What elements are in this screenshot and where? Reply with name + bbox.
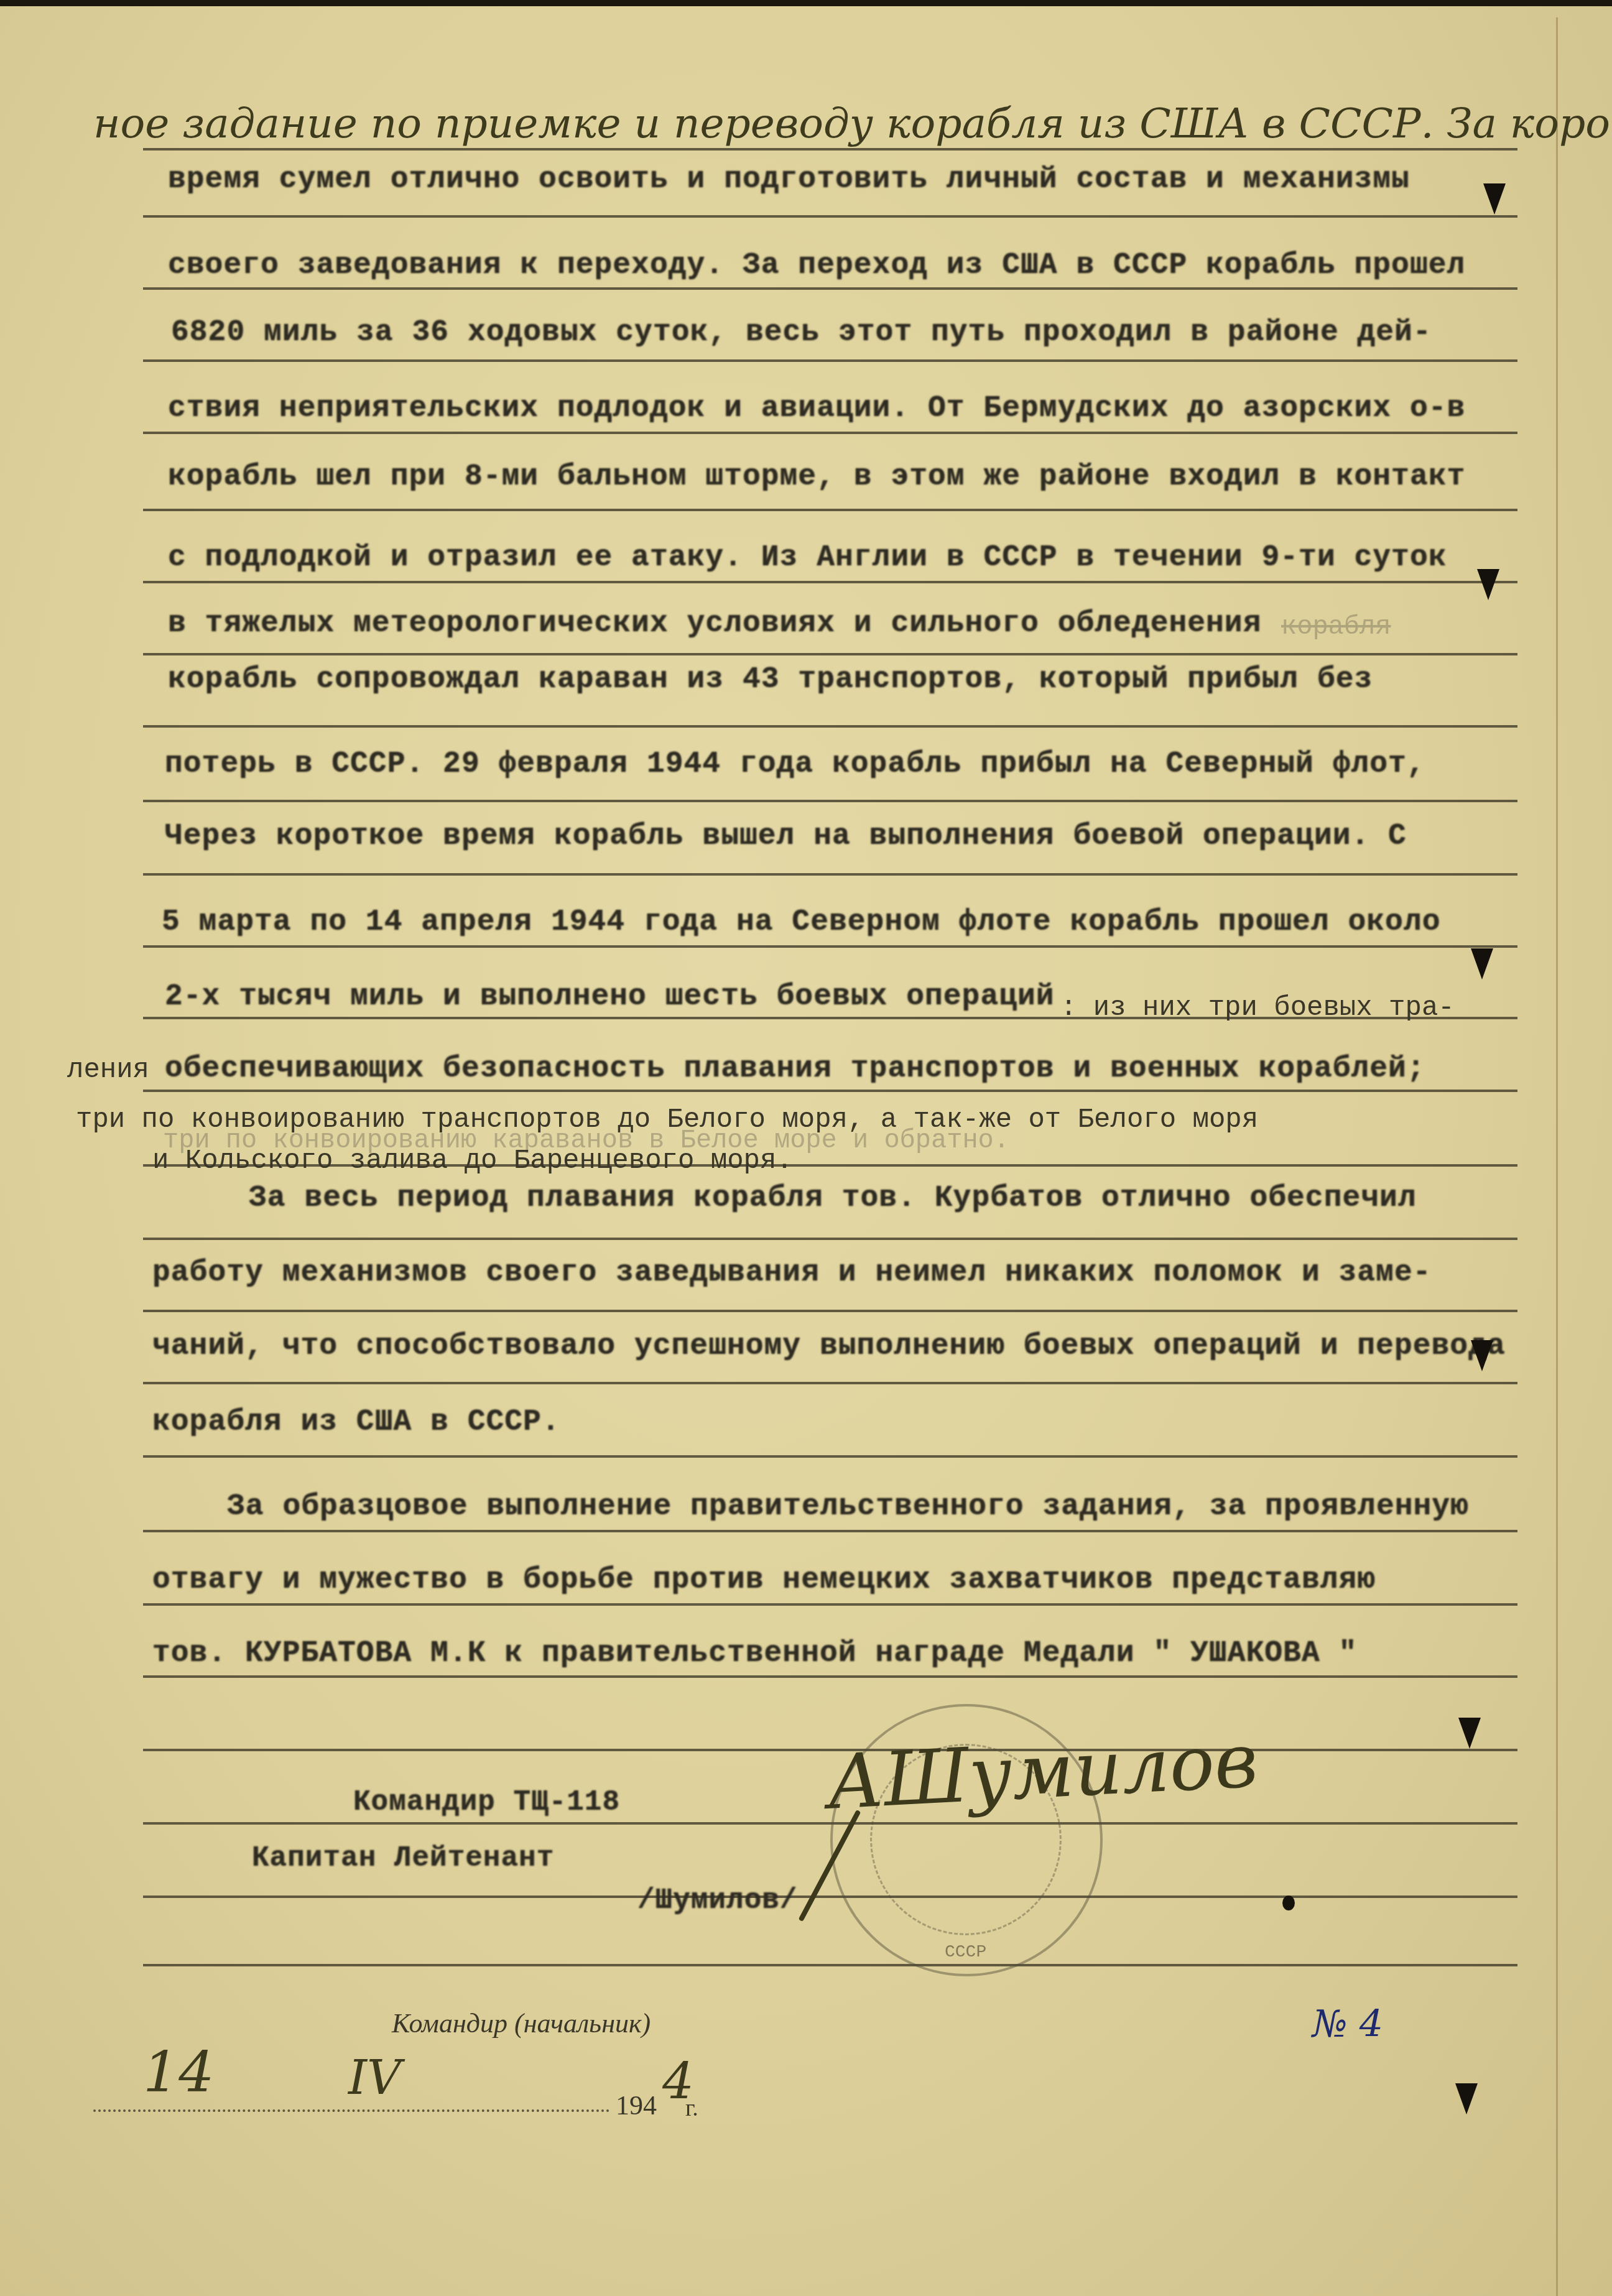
typed-line: ствия неприятельских подлодок и авиации.… [168,392,1465,425]
struck-word: корабля [1281,612,1391,642]
ruled-line [143,1382,1517,1384]
ruled-line [143,432,1517,434]
typed-line: время сумел отлично освоить и подготовит… [168,163,1410,197]
ruled-line [143,287,1517,290]
footer-year-prefix: 194 [616,2090,657,2121]
typed-line: работу механизмов своего заведывания и н… [152,1256,1432,1290]
punch-hole [1471,948,1493,979]
signer-title: Командир ТЩ-118 [353,1786,620,1818]
footer-year-unit: г. [685,2095,698,2122]
footer-printed-label: Командир (начальник) [392,2007,651,2039]
typed-line: 5 марта по 14 апреля 1944 года на Северн… [162,905,1441,939]
typed-line: корабль сопровождал караван из 43 трансп… [168,663,1373,697]
ruled-line [143,1455,1517,1458]
document-page: ное задание по приемке и переводу корабл… [0,0,1612,2296]
ruled-line [143,945,1517,948]
ruled-line [143,1896,1517,1898]
punch-hole [1455,2083,1478,2114]
ink-dot [1282,1896,1295,1910]
typed-line: потерь в СССР. 29 февраля 1944 года кора… [165,748,1425,781]
typed-line: с подлодкой и отразил ее атаку. Из Англи… [168,541,1447,575]
page-number-mark: № 4 [1312,2002,1383,2046]
typed-line: своего заведования к переходу. За перехо… [168,249,1465,282]
date-dotted-line [93,2109,609,2112]
punch-hole [1471,1340,1493,1371]
ruled-line [143,653,1517,655]
typed-insert: и Кольского залива до Баренцевого моря. [152,1146,793,1177]
handwritten-header: ное задание по приемке и переводу корабл… [93,100,1612,147]
punch-hole [1483,183,1506,215]
typed-insert: : из них три боевых тра- [1060,993,1455,1024]
typed-prefix: ления [67,1055,149,1086]
typed-line: в тяжелых метеорологических условиях и с… [168,607,1261,641]
typed-line: За весь период плавания корабля тов. Кур… [249,1182,1417,1215]
ruled-line [143,800,1517,802]
signer-name: /Шумилов/ [637,1884,797,1917]
typed-line: 6820 миль за 36 ходовых суток, весь этот… [171,316,1432,349]
ruled-line [143,148,1517,150]
punch-hole [1458,1718,1481,1749]
fold-line [1556,17,1558,2296]
signer-rank: Капитан Лейтенант [252,1842,554,1874]
ruled-line [143,581,1517,583]
footer-day: 14 [143,2040,215,2105]
typed-line: чаний, что способствовало успешному выпо… [152,1330,1506,1363]
ruled-line [143,359,1517,362]
typed-line: обеспечивающих безопасность плавания тра… [165,1052,1425,1086]
ruled-line [143,1964,1517,1966]
typed-line: Через короткое время корабль вышел на вы… [165,820,1407,853]
ruled-line [143,1675,1517,1678]
ruled-line [143,1310,1517,1312]
stamp-text: СССР [945,1943,986,1962]
typed-line: корабль шел при 8-ми бальном шторме, в э… [168,460,1465,494]
ruled-line [143,1603,1517,1606]
ruled-line [143,1238,1517,1240]
ruled-line [143,215,1517,218]
typed-line: За образцовое выполнение правительственн… [227,1490,1469,1524]
footer-month: IV [348,2050,401,2105]
ruled-line [143,1530,1517,1532]
typed-line: тов. КУРБАТОВА М.К к правительственной н… [152,1637,1357,1670]
ruled-line [143,873,1517,876]
scan-border [0,0,1612,6]
ruled-line [143,1090,1517,1092]
punch-hole [1477,569,1499,600]
ruled-line [143,725,1517,728]
typed-line: корабля из США в СССР. [152,1405,560,1439]
typed-line: 2-х тысяч миль и выполнено шесть боевых … [165,980,1055,1014]
typed-line: отвагу и мужество в борьбе против немецк… [152,1563,1376,1597]
ruled-line [143,509,1517,511]
